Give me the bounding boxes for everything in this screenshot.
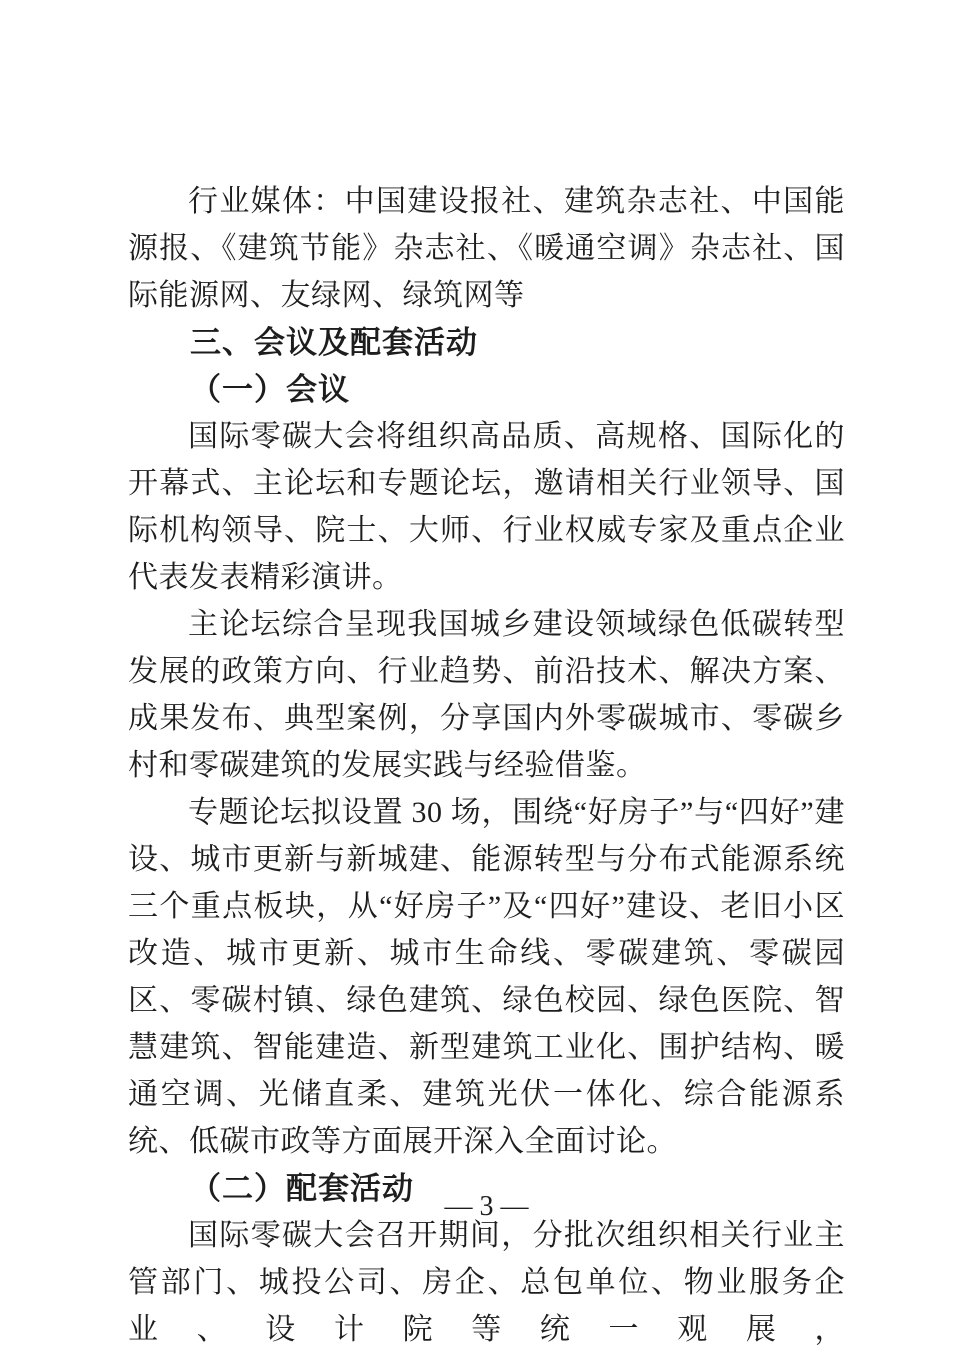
- page-footer: — 3 —: [128, 1190, 845, 1224]
- page-number: — 3 —: [445, 1191, 529, 1222]
- document-page: 行业媒体：中国建设报社、建筑杂志社、中国能源报、《建筑节能》杂志社、《暖通空调》…: [0, 0, 960, 1357]
- subsection-heading-meeting: （一）会议: [128, 366, 845, 413]
- section-heading-meetings-and-activities: 三、会议及配套活动: [128, 319, 845, 366]
- paragraph-opening-ceremony: 国际零碳大会将组织高品质、高规格、国际化的开幕式、主论坛和专题论坛，邀请相关行业…: [128, 413, 845, 601]
- paragraph-industry-media: 行业媒体：中国建设报社、建筑杂志社、中国能源报、《建筑节能》杂志社、《暖通空调》…: [128, 178, 845, 319]
- paragraph-supporting-activities: 国际零碳大会召开期间，分批次组织相关行业主管部门、城投公司、房企、总包单位、物业…: [128, 1212, 845, 1353]
- paragraph-special-forums: 专题论坛拟设置 30 场，围绕“好房子”与“四好”建设、城市更新与新城建、能源转…: [128, 789, 845, 1165]
- paragraph-main-forum: 主论坛综合呈现我国城乡建设领域绿色低碳转型发展的政策方向、行业趋势、前沿技术、解…: [128, 601, 845, 789]
- document-body: 行业媒体：中国建设报社、建筑杂志社、中国能源报、《建筑节能》杂志社、《暖通空调》…: [128, 178, 845, 1353]
